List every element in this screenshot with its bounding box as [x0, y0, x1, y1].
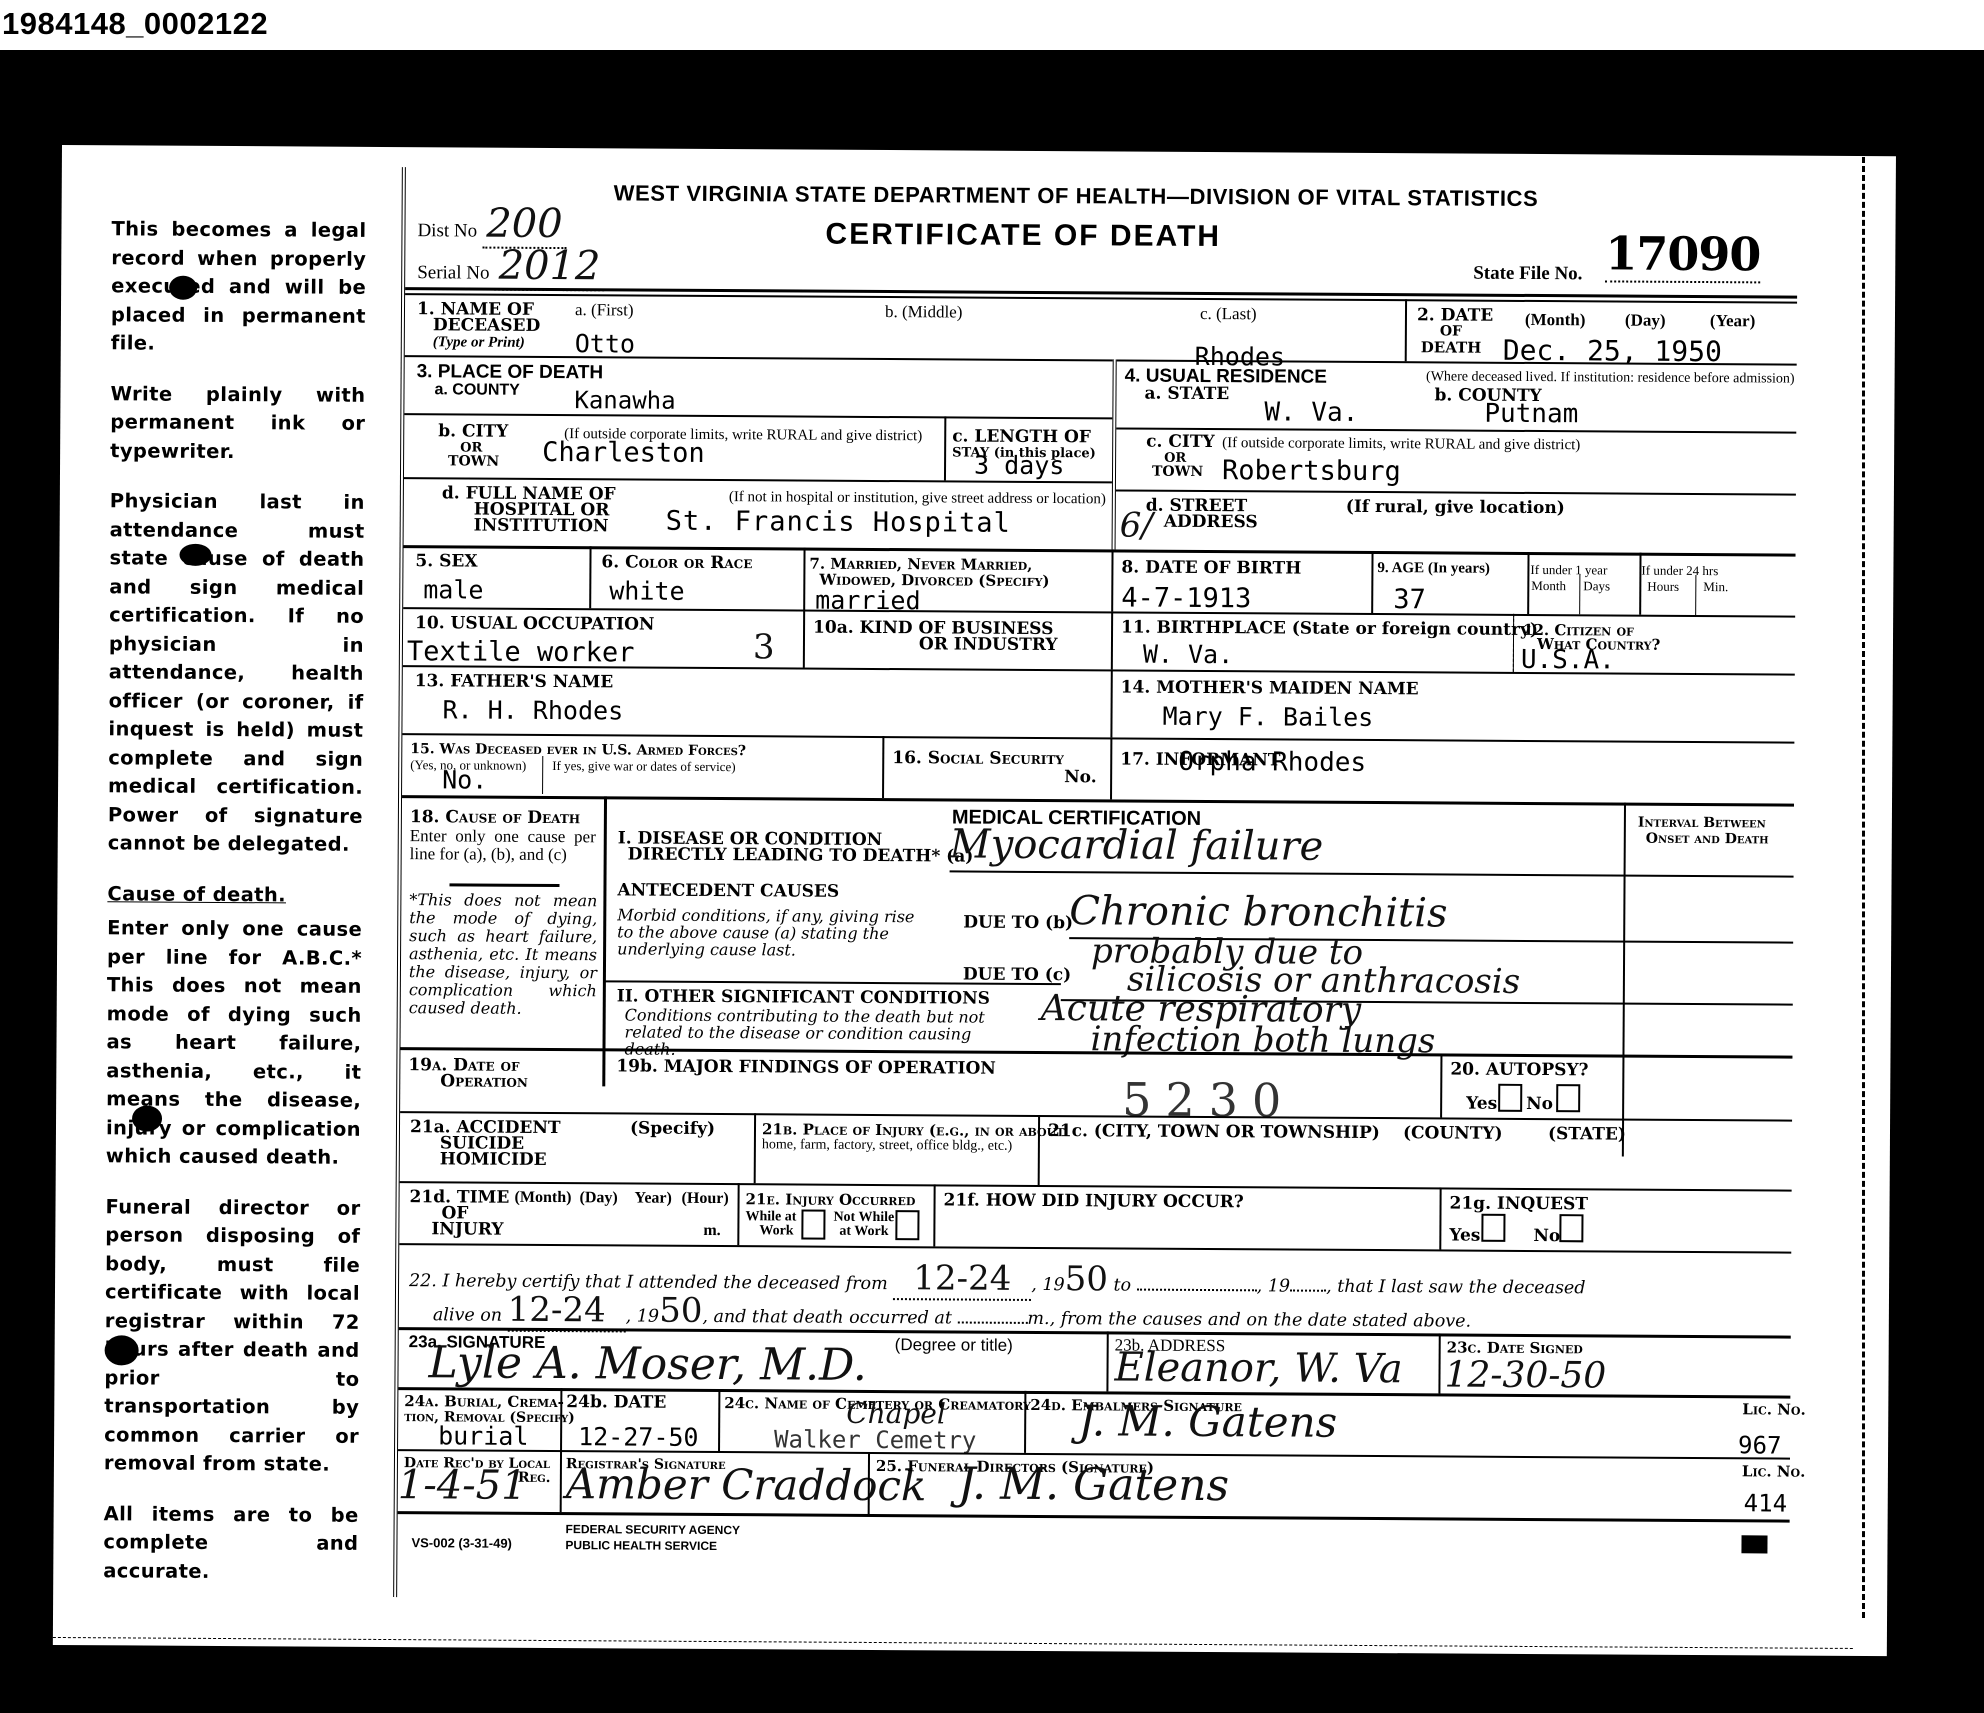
- ink-blot: [105, 1335, 139, 1365]
- occupation-code: 3: [753, 629, 775, 665]
- injury-not-at-work-checkbox[interactable]: [895, 1210, 919, 1240]
- first-name-value: Otto: [575, 331, 635, 356]
- injury-at-work-checkbox[interactable]: [801, 1210, 825, 1240]
- residence-city-value: Robertsburg: [1222, 458, 1401, 484]
- hospital-value: St. Francis Hospital: [666, 509, 1011, 536]
- mother-name-value: Mary F. Bailes: [1162, 704, 1373, 730]
- ink-blot: [179, 544, 211, 566]
- instruction-physician: Physician last in attendance must state …: [108, 487, 365, 859]
- dist-no-field: Dist No 200: [417, 205, 566, 242]
- disposition-date-value: 12-27-50: [578, 1424, 699, 1450]
- embalmer-license-value: 967: [1738, 1433, 1782, 1458]
- race-value: white: [609, 578, 684, 603]
- birthplace-value: W. Va.: [1143, 642, 1233, 668]
- footer-agency-2: PUBLIC HEALTH SERVICE: [565, 1538, 717, 1554]
- physician-signature: Lyle A. Moser, M.D.: [428, 1345, 866, 1384]
- union-label-stamp: [1741, 1535, 1767, 1553]
- disposition-method-value: burial: [438, 1423, 528, 1449]
- instruction-write-plainly: Write plainly with permanent ink or type…: [110, 380, 366, 467]
- serial-no-field: Serial No 2012: [417, 247, 604, 284]
- serial-no-value: 2012: [495, 243, 605, 292]
- residence-state-value: W. Va.: [1264, 400, 1358, 426]
- ink-blot: [169, 276, 197, 300]
- residence-county-value: Putnam: [1484, 402, 1578, 428]
- autopsy-yes-checkbox[interactable]: [1498, 1084, 1522, 1112]
- date-of-birth-value: 4-7-1913: [1121, 585, 1251, 611]
- instruction-cause: Enter only one cause per line for A.B.C.…: [106, 914, 363, 1172]
- death-county-value: Kanawha: [574, 388, 675, 414]
- cause-a-value: Myocardial failure: [950, 826, 1324, 864]
- embalmer-signature: J. M. Gatens: [1078, 1403, 1337, 1441]
- footer-agency-1: FEDERAL SECURITY AGENCY: [566, 1522, 741, 1538]
- attended-from-year: 50: [1065, 1259, 1109, 1299]
- instruction-cause-header: Cause of death.: [107, 880, 362, 910]
- operation-code: 5230: [1122, 1081, 1295, 1118]
- informant-value: Orpha Rhodes: [1178, 750, 1366, 776]
- document-id: 1984148_0002122: [2, 6, 268, 42]
- certificate-paper: This becomes a legal record when properl…: [53, 145, 1896, 1656]
- father-name-value: R. H. Rhodes: [442, 697, 623, 723]
- instruction-complete: All items are to be complete and accurat…: [103, 1500, 359, 1587]
- death-certificate-form: Dist No 200 Serial No 2012 WEST VIRGINIA…: [393, 167, 1802, 1606]
- sex-value: male: [423, 577, 483, 602]
- date-received-value: 1-4-51: [398, 1467, 527, 1504]
- instruction-legal-record: This becomes a legal record when properl…: [111, 215, 367, 359]
- inquest-no-checkbox[interactable]: [1559, 1214, 1583, 1242]
- registrar-signature: Amber Craddock: [566, 1466, 927, 1504]
- autopsy-no-checkbox[interactable]: [1556, 1084, 1580, 1112]
- funeral-director-signature: J. M. Gatens: [958, 1466, 1229, 1504]
- form-number: VS-002 (3-31-49): [411, 1535, 512, 1551]
- cemetery-value: Walker Cemetry: [774, 1427, 976, 1453]
- certificate-title: CERTIFICATE OF DEATH: [825, 218, 1221, 254]
- death-city-value: Charleston: [542, 440, 705, 466]
- instruction-funeral: Funeral director or person disposing of …: [104, 1193, 361, 1480]
- agency-title: WEST VIRGINIA STATE DEPARTMENT OF HEALTH…: [614, 180, 1539, 212]
- instructions-sidebar: This becomes a legal record when properl…: [103, 215, 366, 1609]
- alive-on-year: 50: [659, 1291, 703, 1331]
- cause-b-value: Chronic bronchitis: [1069, 893, 1447, 931]
- alive-on-date: 12-24: [508, 1290, 626, 1333]
- citizenship-value: U.S.A.: [1521, 648, 1615, 674]
- armed-forces-value: No.: [442, 767, 487, 792]
- inquest-yes-checkbox[interactable]: [1481, 1214, 1505, 1242]
- ink-blot: [132, 1105, 162, 1131]
- physician-address: Eleanor, W. Va: [1114, 1349, 1402, 1387]
- funeral-license-value: 414: [1744, 1491, 1788, 1516]
- street-mark: 6/: [1120, 507, 1153, 543]
- perforated-edge: [1862, 148, 1872, 1618]
- age-value: 37: [1393, 587, 1426, 612]
- state-file-label: State File No.: [1473, 266, 1582, 282]
- date-signed-value: 12-30-50: [1444, 1357, 1606, 1394]
- length-of-stay-value: 3 days: [974, 453, 1064, 479]
- date-of-death-value: Dec. 25, 1950: [1503, 338, 1722, 364]
- occupation-value: Textile worker: [407, 639, 635, 665]
- state-file-no: 17090: [1605, 226, 1760, 283]
